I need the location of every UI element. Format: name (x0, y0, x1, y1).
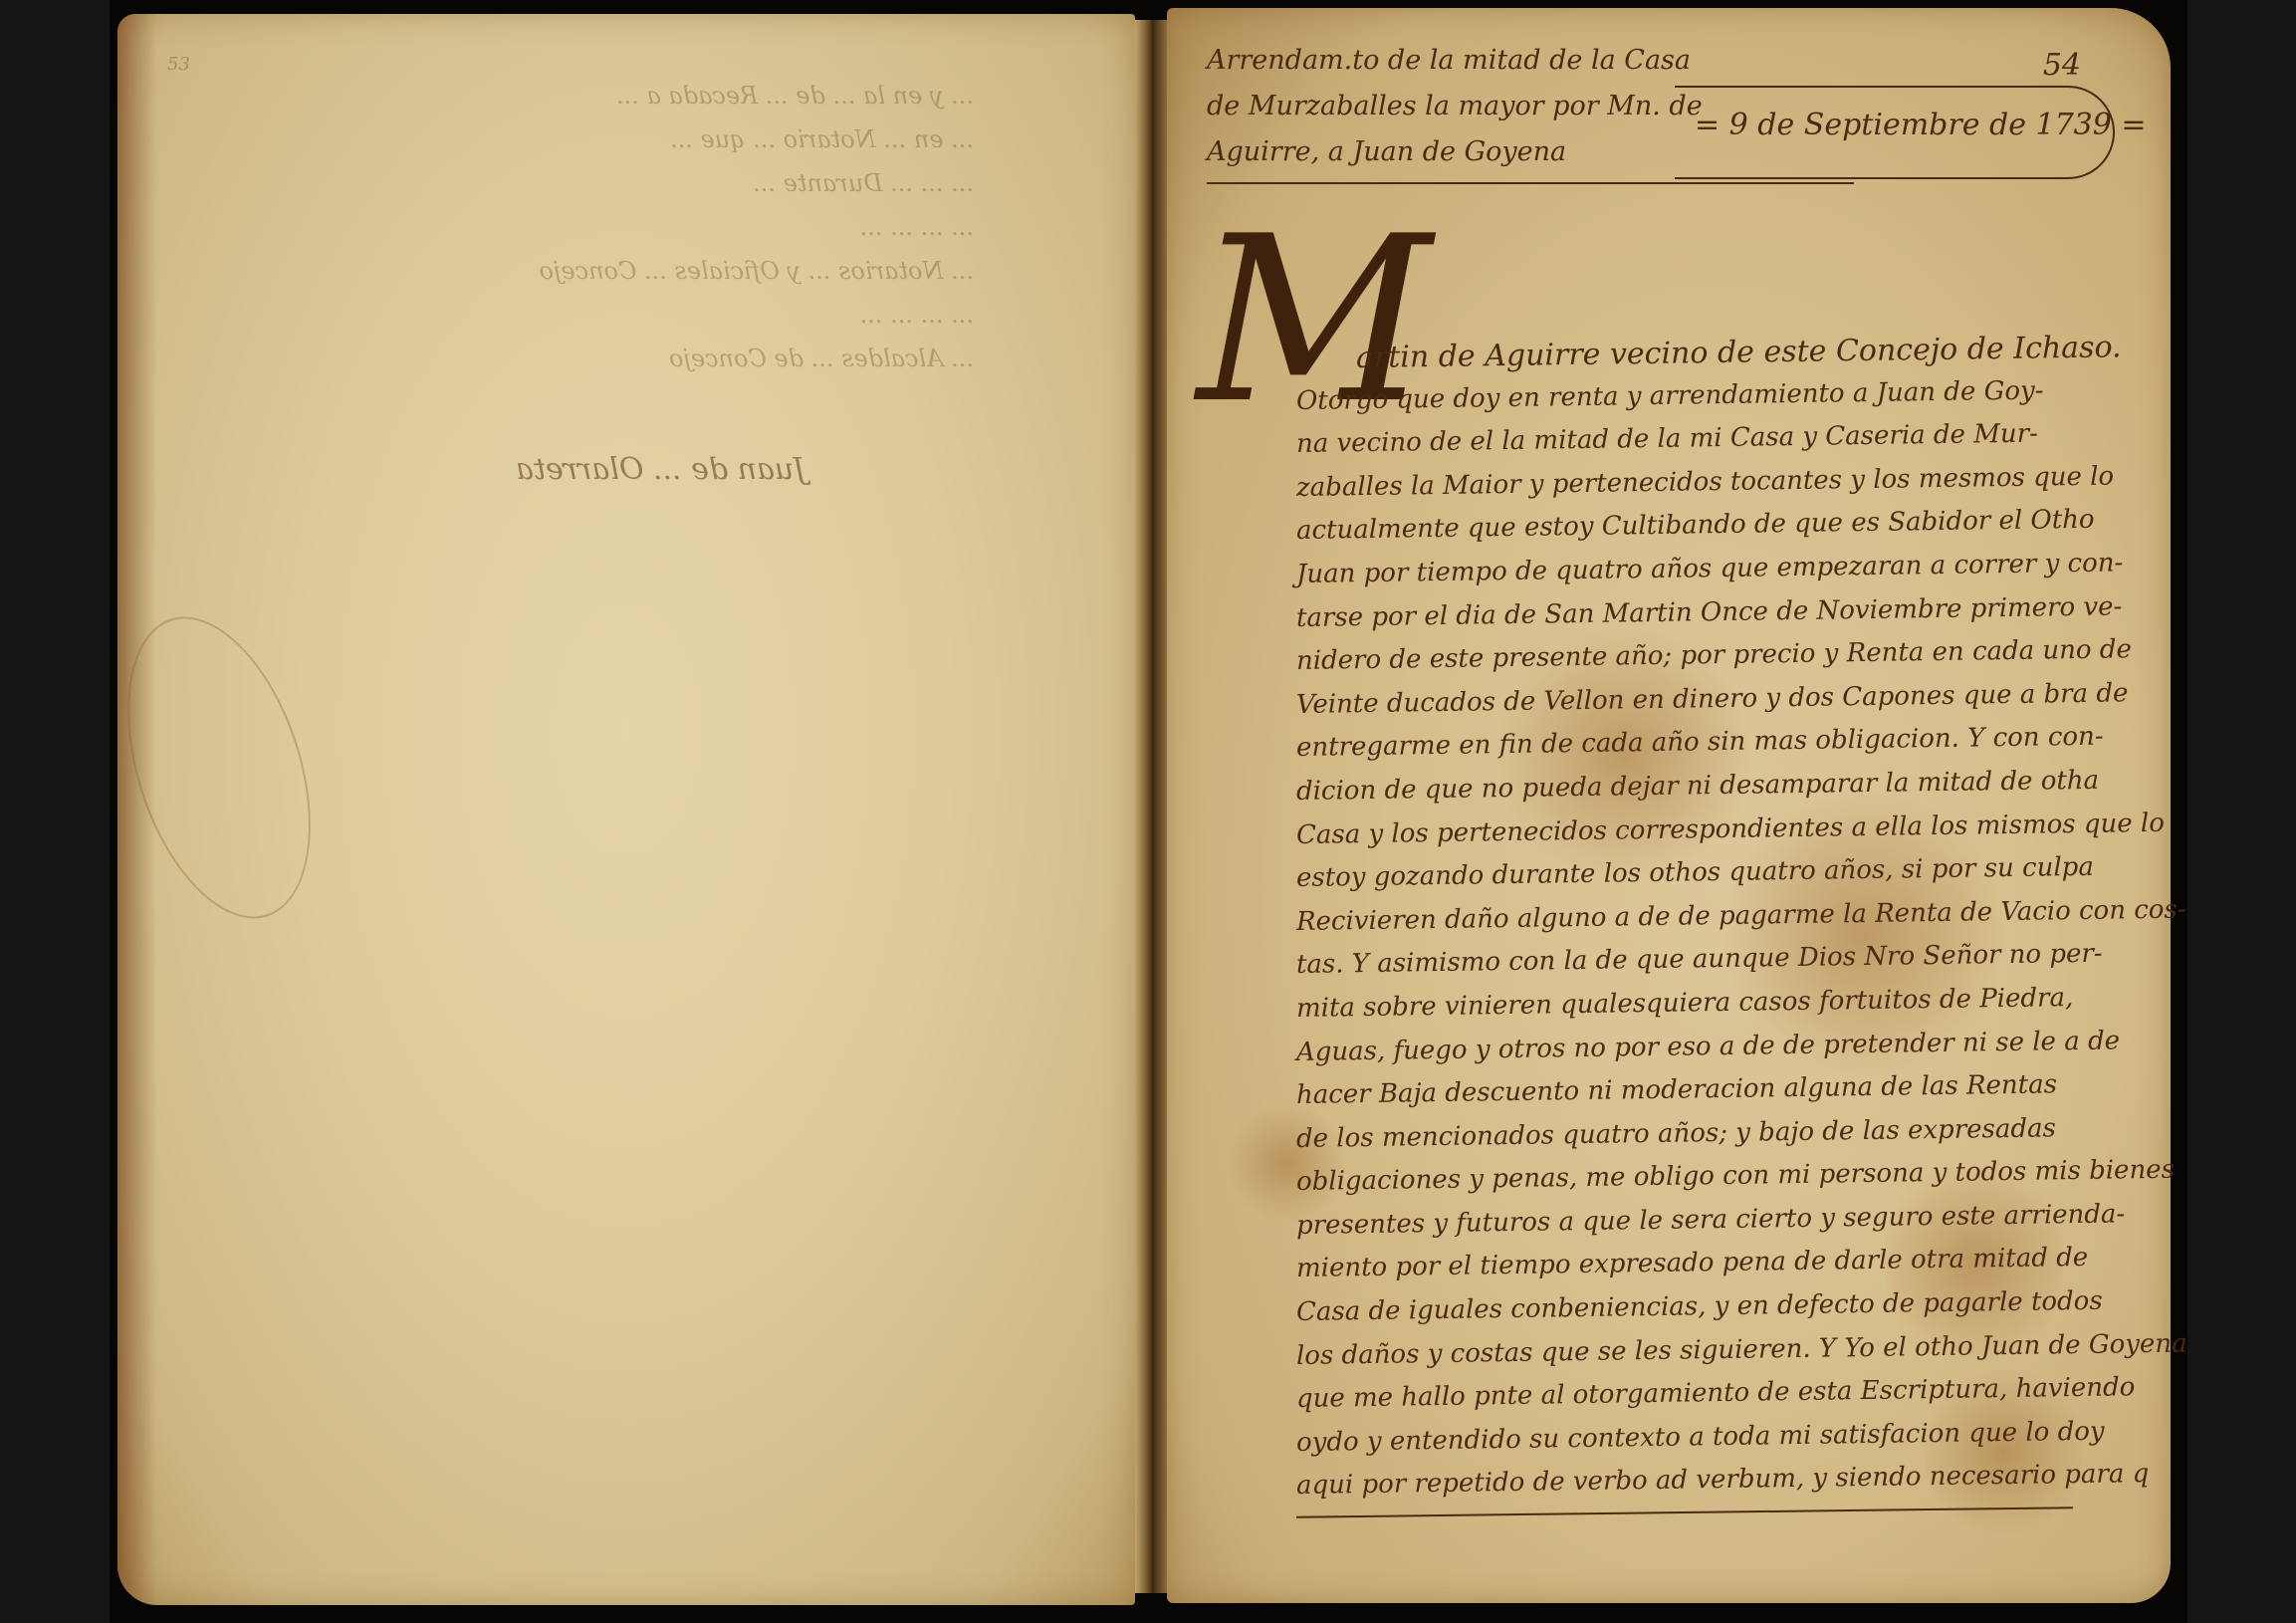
left-folio-number: 53 (167, 54, 190, 75)
document-date: = 9 de Septiembre de 1739 = (1695, 108, 2147, 142)
header-line: Arrendam.to de la mitad de la Casa (1207, 38, 1844, 84)
book-gutter (1135, 20, 1167, 1593)
scan-viewer: 53 ... y en la ... de ... Recada a ... .… (110, 0, 2187, 1623)
show-through-line: ... ... ... ... (177, 293, 974, 337)
left-page: 53 ... y en la ... de ... Recada a ... .… (117, 14, 1135, 1605)
show-through-line: ... ... ... ... (177, 205, 974, 249)
show-through-text: ... y en la ... de ... Recada a ... ... … (177, 74, 974, 380)
show-through-line: ... ... ... Durante ... (177, 161, 974, 205)
right-folio-number: 54 (2043, 48, 2081, 83)
show-through-line: ... y en la ... de ... Recada a ... (177, 74, 974, 117)
show-through-flourish (93, 593, 344, 941)
body-line: aqui por repetido de verbo ad verbum, y … (1296, 1454, 2094, 1508)
show-through-line: ... Alcaldes ... de Concejo (177, 337, 974, 380)
show-through-signature: Juan de ... Olarreta (516, 452, 805, 487)
show-through-line: ... en ... Notario ... que ... (177, 117, 974, 161)
header-underline (1207, 182, 1854, 184)
right-page: 54 Arrendam.to de la mitad de la Casa de… (1167, 8, 2171, 1603)
document-body: artin de Aguirre vecino de este Concejo … (1296, 337, 2093, 1508)
show-through-line: ... Notarios ... y Oficiales ... Concejo (177, 249, 974, 293)
